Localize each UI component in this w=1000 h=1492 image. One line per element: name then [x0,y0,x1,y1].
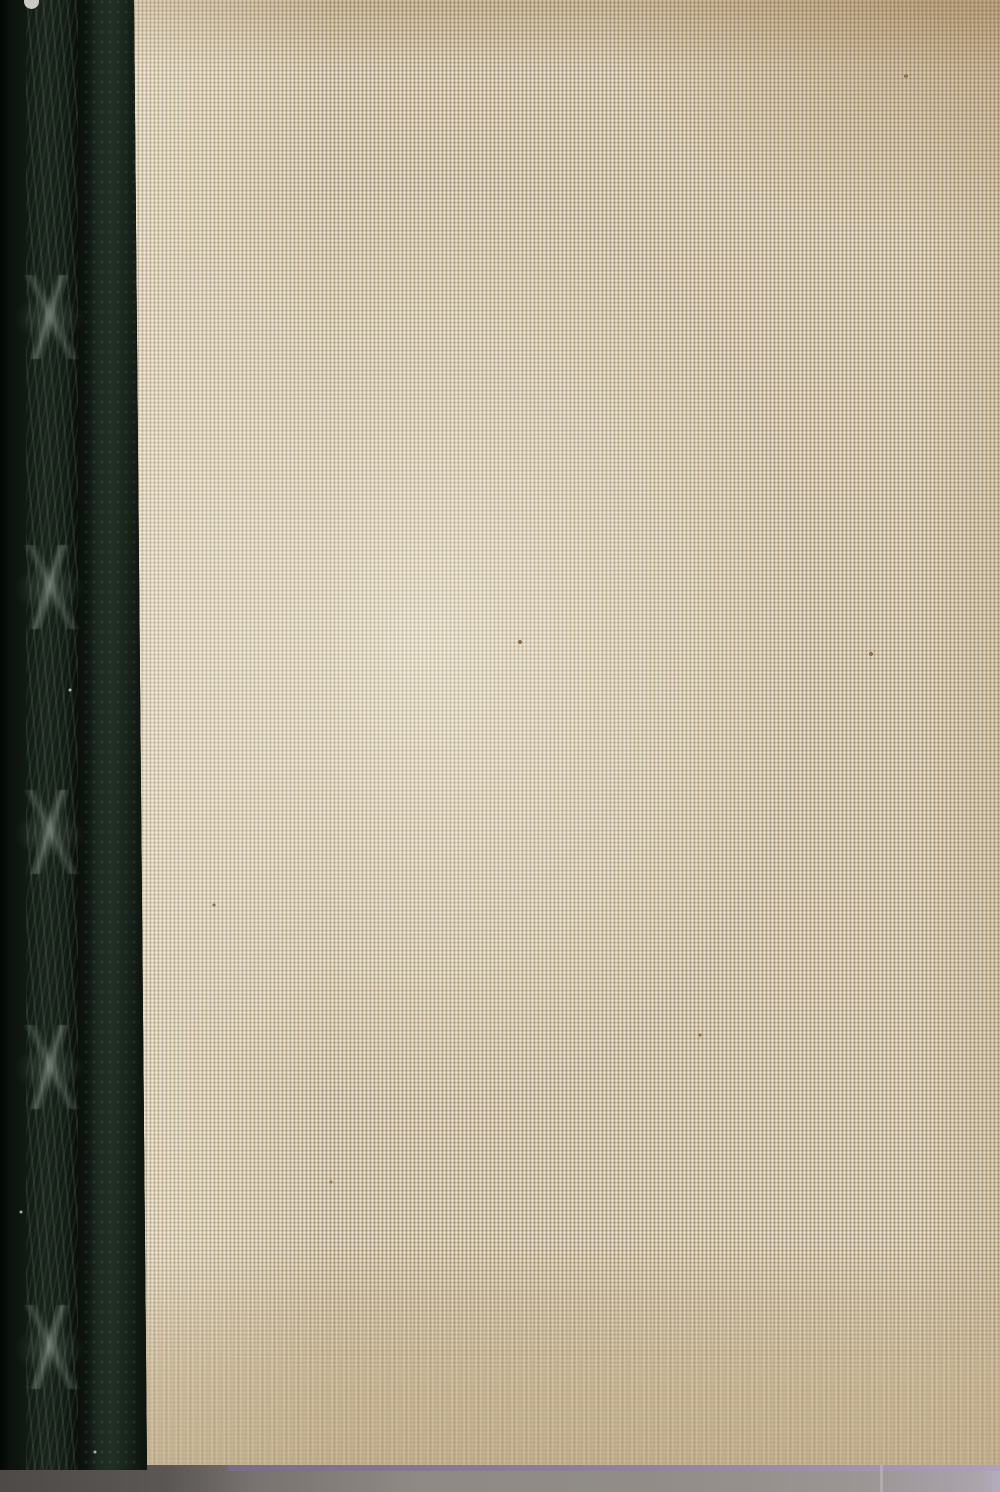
scan-edge-strip [0,1465,1000,1492]
book-spine [0,0,150,1470]
scan-glare-chip [24,0,39,9]
scan-blur-region [0,1255,1000,1465]
spine-raised-band [8,1305,94,1389]
spine-raised-band [8,790,94,874]
book-cover-photo [0,0,1000,1492]
spine-raised-band [8,275,94,359]
spine-raised-band [8,545,94,629]
front-board-cloth [0,0,1000,1465]
spine-raised-band [8,1025,94,1109]
